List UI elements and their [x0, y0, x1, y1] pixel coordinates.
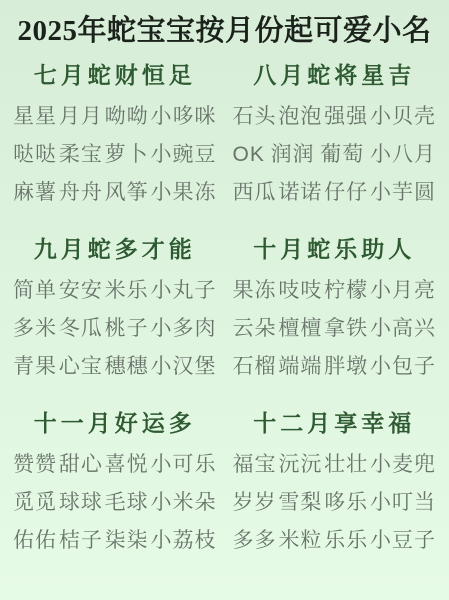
nickname: 小豆子	[370, 522, 436, 560]
nickname: 小八月	[370, 136, 436, 174]
name-row: 哒哒 柔宝 萝卜 小豌豆	[13, 136, 217, 174]
nickname: 诺诺	[278, 174, 322, 212]
name-row: 西瓜 诺诺 仔仔 小芋圆	[233, 174, 437, 212]
nickname: 毛球	[105, 484, 149, 522]
nickname: 舟舟	[59, 174, 103, 212]
nickname: 小荔枝	[150, 522, 216, 560]
section-october: 十月蛇乐助人 果冻 吱吱 柠檬 小月亮 云朵 檀檀 拿铁 小高兴 石榴 端端 胖…	[233, 234, 437, 386]
nickname: 安安	[59, 272, 103, 310]
nickname: 柒柒	[105, 522, 149, 560]
nickname: 沅沅	[278, 446, 322, 484]
nickname: 简单	[13, 272, 57, 310]
section-header-september: 九月蛇多才能	[13, 234, 217, 266]
nickname: 心宝	[59, 348, 103, 386]
nickname: 云朵	[233, 310, 277, 348]
name-row: 简单 安安 米乐 小丸子	[13, 272, 217, 310]
name-row: 赞赞 甜心 喜悦 小可乐	[13, 446, 217, 484]
nickname: 拿铁	[324, 310, 368, 348]
nickname: 月月	[59, 98, 103, 136]
name-row: 星星 月月 呦呦 小哆咪	[13, 98, 217, 136]
nickname: 小豌豆	[150, 136, 216, 174]
nickname: 壮壮	[324, 446, 368, 484]
nickname: 小哆咪	[150, 98, 216, 136]
section-december: 十二月享幸福 福宝 沅沅 壮壮 小麦兜 岁岁 雪梨 哆乐 小叮当 多多 米粒 乐…	[233, 408, 437, 560]
nickname: 哒哒	[13, 136, 57, 174]
nickname: 风筝	[105, 174, 149, 212]
section-september: 九月蛇多才能 简单 安安 米乐 小丸子 多米 冬瓜 桃子 小多肉 青果 心宝 穗…	[13, 234, 217, 386]
nickname: 喜悦	[105, 446, 149, 484]
sections-grid: 七月蛇财恒足 星星 月月 呦呦 小哆咪 哒哒 柔宝 萝卜 小豌豆 麻薯 舟舟 风…	[0, 60, 449, 560]
nickname: 多多	[233, 522, 277, 560]
nickname: 甜心	[59, 446, 103, 484]
nickname: 檀檀	[278, 310, 322, 348]
nickname: 青果	[13, 348, 57, 386]
nickname: OK	[233, 136, 265, 174]
name-row: 觅觅 球球 毛球 小米朵	[13, 484, 217, 522]
name-row: 石头 泡泡 强强 小贝壳	[233, 98, 437, 136]
section-header-october: 十月蛇乐助人	[233, 234, 437, 266]
nickname: 岁岁	[233, 484, 277, 522]
section-header-november: 十一月好运多	[13, 408, 217, 440]
nickname: 雪梨	[278, 484, 322, 522]
nickname: 柔宝	[59, 136, 103, 174]
nickname: 小麦兜	[370, 446, 436, 484]
nickname: 星星	[13, 98, 57, 136]
nickname: 福宝	[233, 446, 277, 484]
nickname: 果冻	[233, 272, 277, 310]
nickname: 西瓜	[233, 174, 277, 212]
name-row: 果冻 吱吱 柠檬 小月亮	[233, 272, 437, 310]
name-row: 麻薯 舟舟 风筝 小果冻	[13, 174, 217, 212]
nickname: 穗穗	[105, 348, 149, 386]
name-row: 福宝 沅沅 壮壮 小麦兜	[233, 446, 437, 484]
nickname: 强强	[324, 98, 368, 136]
nickname: 仔仔	[324, 174, 368, 212]
section-july: 七月蛇财恒足 星星 月月 呦呦 小哆咪 哒哒 柔宝 萝卜 小豌豆 麻薯 舟舟 风…	[13, 60, 217, 212]
nickname: 吱吱	[278, 272, 322, 310]
nickname: 小包子	[370, 348, 436, 386]
name-row: 石榴 端端 胖墩 小包子	[233, 348, 437, 386]
nickname: 胖墩	[324, 348, 368, 386]
nickname: 小果冻	[150, 174, 216, 212]
section-header-july: 七月蛇财恒足	[13, 60, 217, 92]
nickname: 小贝壳	[370, 98, 436, 136]
nickname: 米乐	[105, 272, 149, 310]
name-row: OK 润润 葡萄 小八月	[233, 136, 437, 174]
nickname: 佑佑	[13, 522, 57, 560]
name-row: 云朵 檀檀 拿铁 小高兴	[233, 310, 437, 348]
name-row: 多多 米粒 乐乐 小豆子	[233, 522, 437, 560]
section-november: 十一月好运多 赞赞 甜心 喜悦 小可乐 觅觅 球球 毛球 小米朵 佑佑 桔子 柒…	[13, 408, 217, 560]
nickname: 小丸子	[150, 272, 216, 310]
nickname: 小叮当	[370, 484, 436, 522]
nickname: 赞赞	[13, 446, 57, 484]
name-row: 佑佑 桔子 柒柒 小荔枝	[13, 522, 217, 560]
nickname: 桔子	[59, 522, 103, 560]
nickname: 泡泡	[278, 98, 322, 136]
section-header-december: 十二月享幸福	[233, 408, 437, 440]
nickname: 葡萄	[320, 136, 364, 174]
nickname: 柠檬	[324, 272, 368, 310]
nickname: 石榴	[233, 348, 277, 386]
nickname: 小汉堡	[150, 348, 216, 386]
nickname: 桃子	[105, 310, 149, 348]
nickname: 润润	[271, 136, 315, 174]
nickname: 球球	[59, 484, 103, 522]
nickname: 小可乐	[150, 446, 216, 484]
nickname: 觅觅	[13, 484, 57, 522]
name-row: 岁岁 雪梨 哆乐 小叮当	[233, 484, 437, 522]
nickname: 石头	[233, 98, 277, 136]
nickname: 冬瓜	[59, 310, 103, 348]
page-title: 2025年蛇宝宝按月份起可爱小名	[0, 12, 449, 50]
nickname: 小芋圆	[370, 174, 436, 212]
nickname: 呦呦	[105, 98, 149, 136]
name-row: 多米 冬瓜 桃子 小多肉	[13, 310, 217, 348]
nickname: 萝卜	[105, 136, 149, 174]
nickname: 小月亮	[370, 272, 436, 310]
nickname: 小高兴	[370, 310, 436, 348]
poster-page: 2025年蛇宝宝按月份起可爱小名 七月蛇财恒足 星星 月月 呦呦 小哆咪 哒哒 …	[0, 0, 449, 600]
nickname: 小多肉	[150, 310, 216, 348]
name-row: 青果 心宝 穗穗 小汉堡	[13, 348, 217, 386]
nickname: 米粒	[278, 522, 322, 560]
nickname: 麻薯	[13, 174, 57, 212]
nickname: 多米	[13, 310, 57, 348]
nickname: 小米朵	[150, 484, 216, 522]
section-header-august: 八月蛇将星吉	[233, 60, 437, 92]
nickname: 端端	[278, 348, 322, 386]
nickname: 哆乐	[324, 484, 368, 522]
nickname: 乐乐	[324, 522, 368, 560]
section-august: 八月蛇将星吉 石头 泡泡 强强 小贝壳 OK 润润 葡萄 小八月 西瓜 诺诺 仔…	[233, 60, 437, 212]
